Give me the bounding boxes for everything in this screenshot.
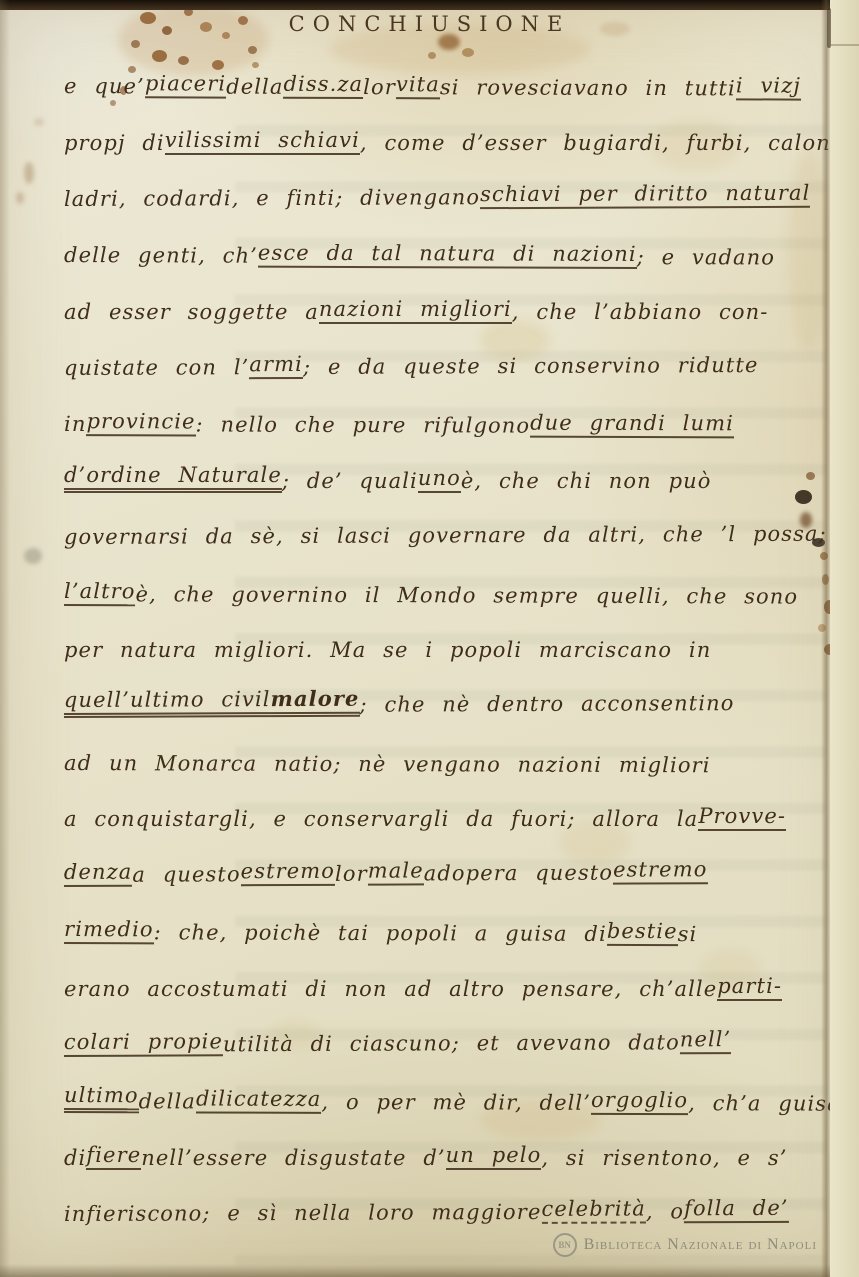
manuscript-segment: colari propie [64, 1029, 223, 1057]
manuscript-line: quistate con l’armi; e da queste si cons… [64, 327, 824, 387]
manuscript-line: e que’ piaceri della diss.za lor vita si… [64, 48, 824, 107]
manuscript-segment: ad esser soggette a [64, 300, 319, 324]
manuscript-segment: schiavi per diritto natural [480, 181, 810, 209]
manuscript-segment: in [64, 413, 87, 437]
manuscript-line: rimedio: che, poichè tai popoli a guisa … [64, 894, 824, 953]
manuscript-segment: si [678, 922, 698, 946]
manuscript-line: di fiere nell’essere disgustate d’un pel… [64, 1119, 824, 1175]
manuscript-line: ladri, codardi, e finti; divengano schia… [64, 157, 824, 217]
manuscript-segment: , che l’abbiano con- [512, 300, 769, 324]
manuscript-segment: , si risentono, e s’ [541, 1146, 787, 1170]
manuscript-body: e que’ piaceri della diss.za lor vita si… [64, 48, 824, 1232]
manuscript-segment: governarsi da sè, si lasci governare da … [64, 522, 827, 549]
manuscript-segment: malore [271, 686, 360, 717]
manuscript-segment: provincie [86, 410, 195, 437]
manuscript-segment: , come d’esser bugiardi, furbi, calonnia… [360, 131, 859, 155]
manuscript-page: CONCHIUSIONE e que’ piaceri della diss.z… [0, 0, 859, 1277]
smudge-stain [24, 548, 42, 564]
manuscript-segment: nell’ [680, 1027, 732, 1054]
manuscript-segment: propj di [64, 131, 165, 155]
manuscript-segment: folla de’ [684, 1196, 789, 1223]
manuscript-line: l’altro è, che governino il Mondo sempre… [64, 556, 824, 615]
manuscript-line: ultimo della dilicatezza, o per mè dir, … [64, 1063, 824, 1122]
manuscript-line: erano accostumati di non ad altro pensar… [64, 950, 824, 1006]
next-page-edge [830, 0, 859, 1277]
library-stamp-text: Biblioteca Nazionale di Napoli [584, 1236, 817, 1254]
page-top-edge [0, 0, 859, 10]
manuscript-segment: estremo [613, 858, 707, 885]
manuscript-line: quell’ultimo civil malore; che nè dentro… [64, 665, 824, 725]
manuscript-segment: bestie [607, 919, 678, 946]
manuscript-segment: un pelo [446, 1143, 542, 1170]
manuscript-segment: ultimo [64, 1083, 139, 1113]
manuscript-segment: uno [418, 466, 461, 493]
manuscript-segment: è, che chi non può [461, 469, 712, 493]
manuscript-segment: ad un Monarca natio; nè vengano nazioni … [64, 751, 711, 777]
manuscript-line: d’ordine Naturale; de’ quali uno è, che … [64, 443, 824, 499]
ink-stain [34, 118, 44, 126]
ink-stain [16, 192, 24, 204]
manuscript-segment: delle genti, ch’ [64, 244, 258, 269]
manuscript-segment: ladri, codardi, e finti; divengano [64, 185, 480, 211]
page-fold-line [821, 0, 830, 1277]
manuscript-line: a conquistargli, e conservargli da fuori… [64, 781, 824, 837]
manuscript-line: in provincie: nello che pure rifulgono d… [64, 386, 824, 445]
manuscript-segment: nell’essere disgustate d’ [141, 1146, 445, 1170]
page-title: CONCHIUSIONE [0, 12, 859, 36]
manuscript-segment: i vizj [736, 74, 801, 101]
manuscript-segment: utilità di ciascuno; et avevano dato [223, 1030, 680, 1056]
manuscript-segment: nazioni migliori [319, 297, 512, 324]
manuscript-line: colari propie utilità di ciascuno; et av… [64, 1003, 824, 1063]
ink-stain [131, 40, 140, 48]
manuscript-segment: quistate con l’ [64, 356, 250, 381]
manuscript-segment: ; che nè dentro acconsentino [359, 692, 734, 718]
library-stamp: BN Biblioteca Nazionale di Napoli [553, 1233, 817, 1257]
manuscript-segment: ; e da queste si conservino ridutte [303, 353, 759, 379]
manuscript-segment: vita [396, 73, 440, 100]
manuscript-segment: della [139, 1090, 196, 1114]
manuscript-segment: ; e vadano [637, 246, 775, 270]
manuscript-segment: esce da tal natura di nazioni [258, 241, 637, 269]
manuscript-segment: estremo [241, 860, 335, 887]
manuscript-segment: , ch’a guisa [688, 1092, 841, 1117]
page-bottom-edge [0, 1264, 859, 1277]
manuscript-segment: dilicatezza [196, 1087, 322, 1114]
manuscript-line: ad un Monarca natio; nè vengano nazioni … [64, 725, 824, 784]
manuscript-segment: erano accostumati di non ad altro pensar… [64, 977, 717, 1001]
manuscript-segment: orgoglio [591, 1088, 688, 1115]
manuscript-segment: : nello che pure rifulgono [196, 413, 531, 438]
manuscript-segment: due grandi lumi [530, 411, 734, 439]
manuscript-segment: a questo [132, 863, 240, 887]
manuscript-segment: infieriscono; e sì nella loro maggiore [64, 1200, 542, 1226]
manuscript-line: per natura migliori. Ma se i popoli marc… [64, 612, 824, 668]
manuscript-segment: parti- [717, 974, 782, 1001]
manuscript-segment: , o per mè dir, dell’ [321, 1090, 591, 1115]
manuscript-segment: per natura migliori. Ma se i popoli marc… [64, 638, 711, 662]
manuscript-line: ad esser soggette a nazioni migliori, ch… [64, 274, 824, 330]
manuscript-segment: adopera questo [424, 861, 613, 886]
manuscript-segment: armi [249, 352, 303, 379]
manuscript-segment: rimedio [64, 917, 154, 944]
manuscript-segment: vilissimi schiavi [165, 128, 360, 155]
manuscript-segment: lor [335, 863, 368, 887]
manuscript-line: governarsi da sè, si lasci governare da … [64, 496, 824, 556]
manuscript-segment: male [368, 859, 424, 886]
manuscript-line: propj di vilissimi schiavi, come d’esser… [64, 104, 824, 160]
manuscript-segment: lor [363, 75, 396, 99]
manuscript-segment: , o [646, 1199, 684, 1223]
manuscript-segment: della [226, 75, 283, 99]
manuscript-segment: : che, poichè tai popoli a guisa di [154, 921, 607, 947]
manuscript-segment: l’altro [64, 579, 136, 606]
manuscript-segment: piaceri [145, 72, 226, 99]
manuscript-line: delle genti, ch’esce da tal natura di na… [64, 217, 824, 276]
manuscript-segment: quell’ultimo civil [64, 688, 271, 719]
edge-crease [831, 44, 859, 46]
manuscript-segment: e que’ [64, 74, 145, 98]
fold-shadow [827, 8, 831, 48]
manuscript-segment: fiere [86, 1143, 141, 1170]
manuscript-segment: diss.za [283, 72, 363, 99]
library-logo-icon: BN [553, 1233, 577, 1257]
manuscript-segment: Provve- [698, 804, 786, 831]
manuscript-segment: denza [64, 861, 133, 888]
manuscript-line: infieriscono; e sì nella loro maggiore c… [64, 1172, 824, 1232]
manuscript-segment: celebrità [541, 1197, 646, 1224]
manuscript-segment: ; de’ quali [282, 469, 418, 493]
manuscript-segment: d’ordine Naturale [64, 463, 282, 493]
manuscript-segment: è, che governino il Mondo sempre quelli,… [135, 582, 798, 608]
manuscript-segment: di [64, 1146, 86, 1170]
ink-stain [24, 162, 34, 184]
page-left-edge [0, 0, 10, 1277]
manuscript-line: denza a questo estremo lor male adopera … [64, 834, 824, 894]
manuscript-segment: a conquistargli, e conservargli da fuori… [64, 807, 698, 831]
manuscript-segment: si rovesciavano in tutti [440, 76, 736, 101]
